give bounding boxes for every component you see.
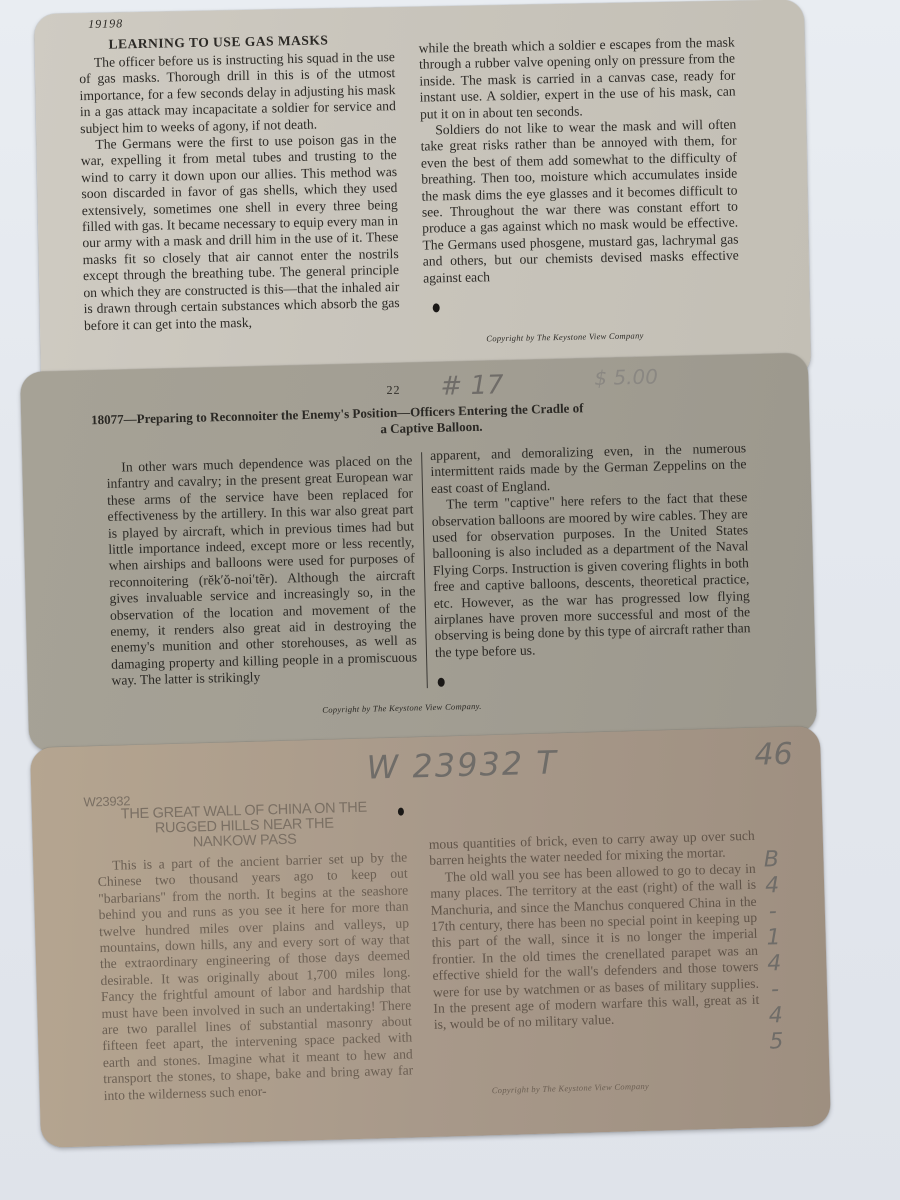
punch-hole-mark <box>438 678 445 687</box>
paragraph: The old wall you see has been allowed to… <box>430 861 760 1034</box>
card-title: LEARNING TO USE GAS MASKS <box>108 32 328 52</box>
paragraph: The officer before us is instructing his… <box>79 49 397 137</box>
right-column-text: mous quantities of brick, even to carry … <box>429 828 760 1034</box>
paragraph: apparent, and demoralizing even, in the … <box>430 440 747 497</box>
handwritten-catalog-code: W 23932 T <box>366 743 558 786</box>
stereoview-card-great-wall: W 23932 T 46 B 4 - 1 4 - 45 W23932 THE G… <box>30 726 831 1148</box>
copyright-line: Copyright by The Keystone View Company. <box>322 701 482 715</box>
card-id-number: 19198 <box>88 16 123 32</box>
handwritten-lot-number: # 17 <box>440 370 504 402</box>
handwritten-number: 46 <box>754 737 793 773</box>
copyright-line: Copyright by The Keystone View Company <box>486 330 644 343</box>
copyright-line: Copyright by The Keystone View Company <box>492 1081 650 1095</box>
handwritten-price: $ 5.00 <box>594 364 658 390</box>
left-column-text: In other wars much dependence was placed… <box>106 452 418 689</box>
paragraph: This is a part of the ancient barrier se… <box>97 850 414 1105</box>
paragraph: while the breath which a soldier e escap… <box>419 35 737 123</box>
stereoview-card-captive-balloon: 22 # 17 $ 5.00 18077—Preparing to Reconn… <box>20 353 817 752</box>
punch-hole-mark <box>433 303 440 312</box>
right-column-text: apparent, and demoralizing even, in the … <box>430 440 751 661</box>
paragraph: Soldiers do not like to wear the mask an… <box>420 117 739 287</box>
paragraph: The Germans were the first to use poison… <box>80 131 400 334</box>
page-number: 22 <box>386 383 400 398</box>
left-column-text: The officer before us is instructing his… <box>79 49 400 334</box>
right-column-text: while the breath which a soldier e escap… <box>419 35 740 287</box>
column-divider <box>421 452 428 688</box>
paragraph: In other wars much dependence was placed… <box>106 452 418 689</box>
stereoview-card-gas-masks: 19198 LEARNING TO USE GAS MASKS The offi… <box>34 0 811 392</box>
handwritten-side-notation: B 4 - 1 4 - 45 <box>759 847 789 1056</box>
left-column-text: This is a part of the ancient barrier se… <box>97 850 414 1105</box>
paragraph: The term "captive" here refers to the fa… <box>431 489 751 661</box>
